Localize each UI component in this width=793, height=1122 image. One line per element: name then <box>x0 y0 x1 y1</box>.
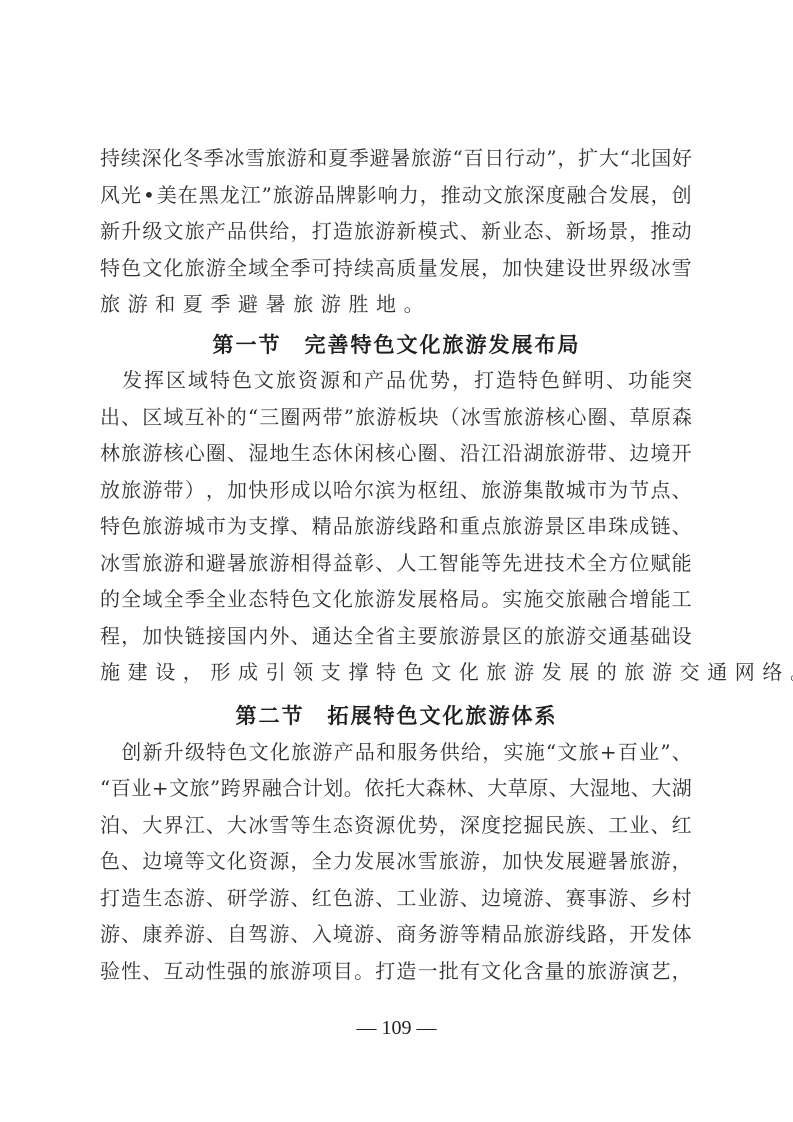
intro-line-4: 特色文化旅游全域全季可持续高质量发展，加快建设世界级冰雪 <box>100 253 692 283</box>
section-1-heading: 第一节 完善特色文化旅游发展布局 <box>0 330 793 360</box>
section-1-line-2: 出、区域互补的“三圈两带”旅游板块（冰雪旅游核心圈、草原森 <box>100 402 692 432</box>
section-2-line-3: 泊、大界江、大冰雪等生态资源优势，深度挖掘民族、工业、红 <box>100 810 692 840</box>
section-2-line-6: 游、康养游、自驾游、入境游、商务游等精品旅游线路，开发体 <box>100 919 692 949</box>
section-1-line-4: 放旅游带），加快形成以哈尔滨为枢纽、旅游集散城市为节点、 <box>100 475 692 505</box>
section-2-line-7: 验性、互动性强的旅游项目。打造一批有文化含量的旅游演艺， <box>100 956 692 986</box>
page-number: — 109 — <box>0 1014 793 1042</box>
intro-line-3: 新升级文旅产品供给，打造旅游新模式、新业态、新场景，推动 <box>100 216 692 246</box>
section-2-line-4: 色、边境等文化资源，全力发展冰雪旅游，加快发展避暑旅游， <box>100 846 692 876</box>
section-1-line-8: 程，加快链接国内外、通达全省主要旅游景区的旅游交通基础设 <box>100 621 692 651</box>
section-1-line-1: 发挥区域特色文旅资源和产品优势，打造特色鲜明、功能突 <box>100 365 692 395</box>
document-page: 持续深化冬季冰雪旅游和夏季避暑旅游“百日行动”，扩大“北国好 风光 • 美在黑龙… <box>0 0 793 1122</box>
section-2-line-2: “百业+文旅”跨界融合计划。依托大森林、大草原、大湿地、大湖 <box>100 773 692 803</box>
section-1-line-7: 的全域全季全业态特色文化旅游发展格局。实施交旅融合增能工 <box>100 584 692 614</box>
intro-line-1: 持续深化冬季冰雪旅游和夏季避暑旅游“百日行动”，扩大“北国好 <box>100 143 692 173</box>
section-1-line-3: 林旅游核心圈、湿地生态休闲核心圈、沿江沿湖旅游带、边境开 <box>100 438 692 468</box>
section-1-line-9: 施建设，形成引领支撑特色文化旅游发展的旅游交通网络。 <box>100 657 692 687</box>
intro-line-5: 旅游和夏季避暑旅游胜地。 <box>100 289 692 319</box>
section-2-heading: 第二节 拓展特色文化旅游体系 <box>0 701 793 731</box>
section-2-line-1: 创新升级特色文化旅游产品和服务供给，实施“文旅+百业”、 <box>100 737 692 767</box>
section-1-line-6: 冰雪旅游和避暑旅游相得益彰、人工智能等先进技术全方位赋能 <box>100 548 692 578</box>
section-1-line-5: 特色旅游城市为支撑、精品旅游线路和重点旅游景区串珠成链、 <box>100 511 692 541</box>
intro-line-2: 风光 • 美在黑龙江”旅游品牌影响力，推动文旅深度融合发展，创 <box>100 180 692 210</box>
section-2-line-5: 打造生态游、研学游、红色游、工业游、边境游、赛事游、乡村 <box>100 883 692 913</box>
